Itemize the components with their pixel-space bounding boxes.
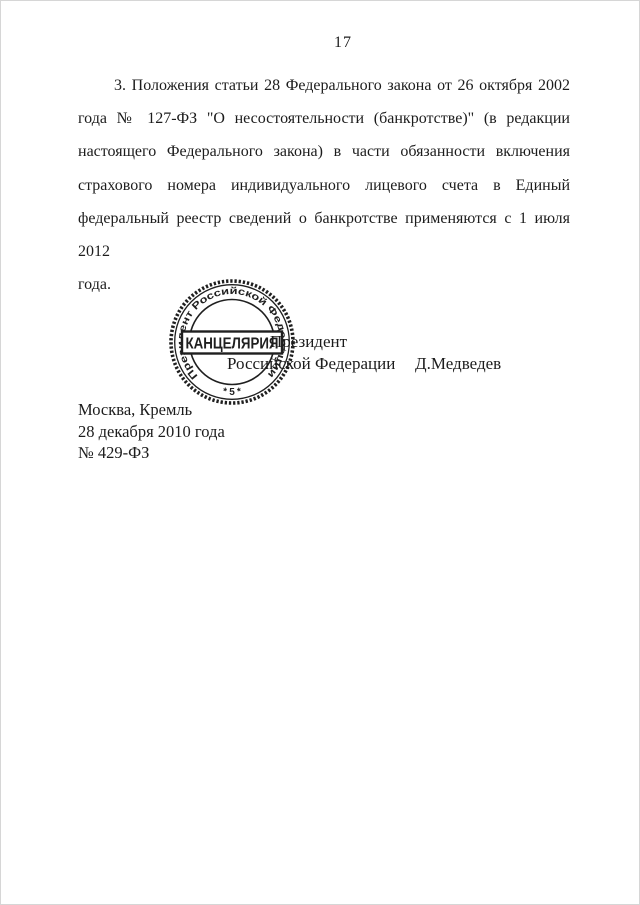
body-paragraph: 3. Положения статьи 28 Федерального зако…	[78, 69, 570, 301]
footer-date: 28 декабря 2010 года	[78, 421, 225, 443]
document-page: 17 3. Положения статьи 28 Федерального з…	[0, 0, 640, 905]
stamp-bottom-text: * 5 *	[222, 386, 242, 398]
paragraph-line: настоящего Федерального закона) в части …	[78, 135, 570, 168]
paragraph-line: года.	[78, 268, 570, 301]
footer-number: № 429-ФЗ	[78, 442, 225, 464]
paragraph-line: страхового номера индивидуального лицево…	[78, 169, 570, 202]
footer-place: Москва, Кремль	[78, 399, 225, 421]
paragraph-line: года № 127-ФЗ "О несостоятельности (банк…	[78, 102, 570, 135]
page-number: 17	[23, 34, 640, 52]
signature-title-line2: Российской Федерации	[227, 353, 395, 375]
signatory-name: Д.Медведев	[415, 353, 501, 375]
paragraph-line: 3. Положения статьи 28 Федерального зако…	[78, 69, 570, 102]
signature-title-line1: Президент	[227, 331, 390, 353]
footer-block: Москва, Кремль 28 декабря 2010 года № 42…	[78, 399, 225, 464]
paragraph-line: федеральный реестр сведений о банкротств…	[78, 202, 570, 268]
